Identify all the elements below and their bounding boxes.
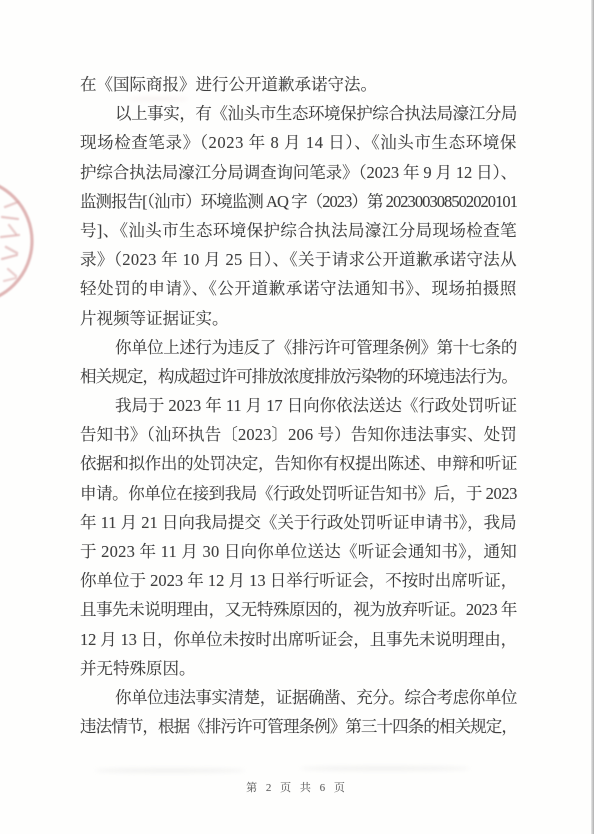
text-line: 以上事实，有《汕头市生态环境保护综合执法局濠江分局 [80, 99, 517, 128]
page-footer: 第 2 页 共 6 页 [0, 779, 594, 795]
text-line: 你单位上述行为违反了《排污许可管理条例》第十七条的 [80, 333, 517, 362]
document-page: 在《国际商报》进行公开道歉承诺守法。以上事实，有《汕头市生态环境保护综合执法局濠… [0, 0, 594, 834]
scan-smudge [300, 766, 470, 771]
text-line: 年 11 月 21 日向我局提交《关于行政处罚听证申请书》，我局 [80, 508, 517, 537]
text-line: 护综合执法局濠江分局调查询问笔录》（2023 年 9 月 12 日）、 [80, 158, 517, 187]
red-seal-stamp-partial [0, 177, 43, 309]
body-text: 在《国际商报》进行公开道歉承诺守法。以上事实，有《汕头市生态环境保护综合执法局濠… [80, 70, 517, 741]
text-line: 录》（2023 年 10 月 25 日）、《关于请求公开道歉承诺守法从 [80, 245, 517, 274]
text-line: 申请。你单位在接到我局《行政处罚听证告知书》后，于 2023 [80, 479, 517, 508]
text-line: 相关规定，构成超过许可排放浓度排放污染物的环境违法行为。 [80, 362, 517, 391]
text-line: 并无特殊原因。 [80, 654, 517, 683]
scan-smudge [95, 768, 245, 773]
text-line: 号]、《汕头市生态环境保护综合执法局濠江分局现场检查笔 [80, 216, 517, 245]
text-line: 告知书》（汕环执告〔2023〕206 号）告知你违法事实、处罚 [80, 420, 517, 449]
text-line: 监测报告[（汕市）环境监测 AQ 字（2023）第 20230030850202… [80, 187, 517, 216]
text-line: 现场检查笔录》（2023 年 8 月 14 日）、《汕头市生态环境保 [80, 128, 517, 157]
text-line: 违法情节，根据《排污许可管理条例》第三十四条的相关规定， [80, 712, 517, 741]
text-line: 在《国际商报》进行公开道歉承诺守法。 [80, 70, 517, 99]
text-line: 轻处罚的申请》、《公开道歉承诺守法通知书》、现场拍摄照 [80, 274, 517, 303]
text-line: 于 2023 年 11 月 30 日向你单位送达《听证会通知书》，通知 [80, 537, 517, 566]
text-line: 你单位违法事实清楚，证据确凿、充分。综合考虑你单位 [80, 683, 517, 712]
scan-smudge [128, 97, 188, 101]
text-line: 我局于 2023 年 11 月 17 日向你依法送达《行政处罚听证 [80, 391, 517, 420]
text-line: 你单位于 2023 年 12 月 13 日举行听证会，不按时出席听证， [80, 566, 517, 595]
text-line: 片视频等证据证实。 [80, 304, 517, 333]
text-line: 依据和拟作出的处罚决定，告知你有权提出陈述、申辩和听证 [80, 449, 517, 478]
text-line: 且事先未说明理由，又无特殊原因的，视为放弃听证。2023 年 [80, 595, 517, 624]
text-line: 12 月 13 日，你单位未按时出席听证会，且事先未说明理由， [80, 625, 517, 654]
